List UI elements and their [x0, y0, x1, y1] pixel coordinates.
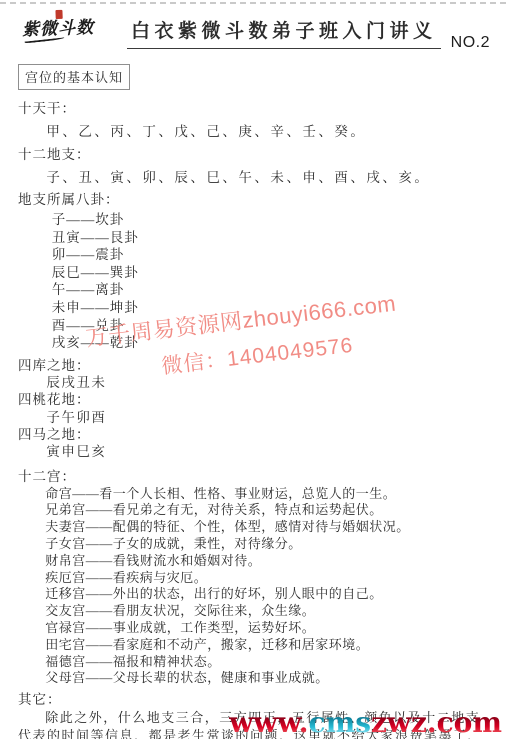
page-header: 紫微斗数 白衣紫微斗数弟子班入门讲义 NO.2	[0, 0, 506, 62]
heading-ten-stems: 十天干：	[18, 97, 488, 120]
palace-item: 兄弟宫——看兄弟之有无，对待关系，特点和运势起伏。	[18, 502, 488, 519]
footer-logo-www: www.	[229, 706, 308, 739]
palace-item: 夫妻宫——配偶的特征、个性，体型，感情对待与婚姻状况。	[18, 519, 488, 536]
heading-four-horse: 四马之地：	[18, 426, 488, 443]
palace-item: 父母宫——父母长辈的状态，健康和事业成就。	[18, 670, 488, 687]
trigram-item: 戌亥——乾卦	[18, 334, 488, 352]
section-label-box: 宫位的基本认知	[18, 64, 130, 90]
list-ten-stems: 甲、乙、丙、丁、戊、己、庚、辛、壬、癸。	[18, 120, 488, 143]
footer-logo-zwz: zwz.com	[371, 706, 502, 739]
red-seal-icon	[55, 10, 62, 19]
footer-logo-cms: cms	[309, 706, 371, 739]
palace-item: 迁移宫——外出的状态，出行的好坏，别人眼中的自己。	[18, 586, 488, 603]
palace-item: 命宫——看一个人长相、性格、事业财运，总览人的一生。	[18, 486, 488, 503]
page-number: NO.2	[451, 34, 490, 52]
palace-item: 疾厄宫——看疾病与灾厄。	[18, 570, 488, 587]
trigram-item: 卯——震卦	[18, 246, 488, 264]
section-ten-stems: 十天干： 甲、乙、丙、丁、戊、己、庚、辛、壬、癸。	[18, 97, 488, 143]
content-four-horse: 寅申巳亥	[18, 443, 488, 460]
document-body: 宫位的基本认知 十天干： 甲、乙、丙、丁、戊、己、庚、辛、壬、癸。 十二地支： …	[0, 62, 506, 739]
list-twelve-branches: 子、丑、寅、卯、辰、巳、午、未、申、酉、戌、亥。	[18, 166, 488, 189]
palace-item: 交友宫——看朋友状况，交际往来，众生缘。	[18, 603, 488, 620]
trigram-item: 午——离卦	[18, 281, 488, 299]
section-twelve-branches: 十二地支： 子、丑、寅、卯、辰、巳、午、未、申、酉、戌、亥。	[18, 143, 488, 189]
trigram-item: 丑寅——艮卦	[18, 229, 488, 247]
palace-item: 子女宫——子女的成就，秉性，对待缘分。	[18, 536, 488, 553]
footer-site-logo: www.cmszwz.com	[229, 708, 502, 738]
content-four-storage: 辰戌丑未	[18, 374, 488, 391]
palace-item: 官禄宫——事业成就，工作类型，运势好坏。	[18, 620, 488, 637]
document-page: 紫微斗数 白衣紫微斗数弟子班入门讲义 NO.2 宫位的基本认知 十天干： 甲、乙…	[0, 0, 506, 739]
heading-twelve-branches: 十二地支：	[18, 143, 488, 166]
section-branch-trigrams: 地支所属八卦： 子——坎卦 丑寅——艮卦 卯——震卦 辰巳——巽卦 午——离卦 …	[18, 189, 488, 352]
trigram-item: 子——坎卦	[18, 211, 488, 229]
heading-four-peachblossom: 四桃花地：	[18, 391, 488, 408]
page-title: 白衣紫微斗数弟子班入门讲义	[127, 16, 441, 49]
trigram-item: 酉——兑卦	[18, 317, 488, 335]
content-four-peachblossom: 子午卯酉	[18, 409, 488, 426]
section-four-storage-lands: 四库之地： 辰戌丑未	[18, 357, 488, 392]
brand-calligraphy-logo: 紫微斗数	[22, 13, 95, 40]
trigram-item: 未申——坤卦	[18, 299, 488, 317]
heading-twelve-palaces: 十二宫：	[18, 467, 488, 486]
palace-item: 财帛宫——看钱财流水和婚姻对待。	[18, 553, 488, 570]
trigram-item: 辰巳——巽卦	[18, 264, 488, 282]
heading-branch-trigrams: 地支所属八卦：	[18, 189, 488, 211]
section-four-horse-lands: 四马之地： 寅申巳亥	[18, 426, 488, 461]
heading-four-storage: 四库之地：	[18, 357, 488, 374]
palace-item: 福德宫——福报和精神状态。	[18, 654, 488, 671]
section-twelve-palaces: 十二宫： 命宫——看一个人长相、性格、事业财运，总览人的一生。 兄弟宫——看兄弟…	[18, 467, 488, 688]
palace-item: 田宅宫——看家庭和不动产，搬家，迁移和居家环境。	[18, 637, 488, 654]
section-four-peachblossom-lands: 四桃花地： 子午卯酉	[18, 391, 488, 426]
